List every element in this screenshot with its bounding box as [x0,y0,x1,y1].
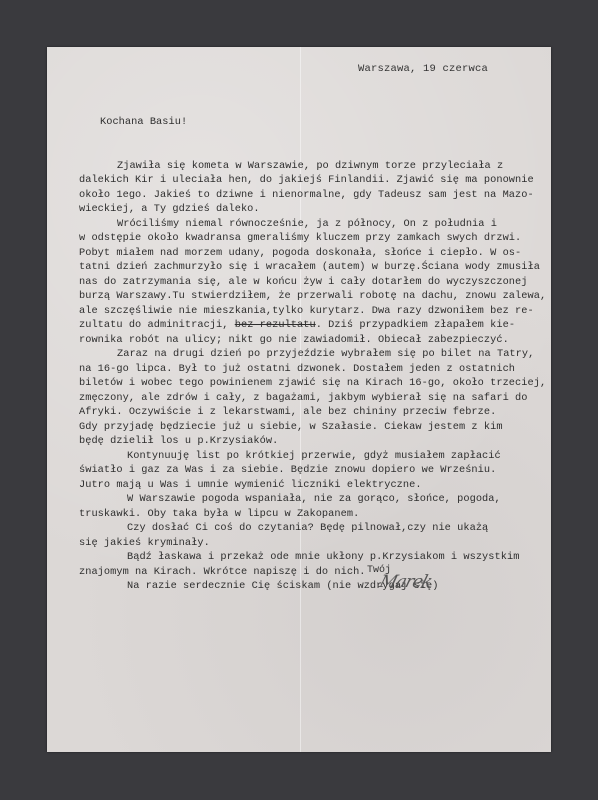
letter-line: znajomym na Kirach. Wkrótce napiszę i do… [79,565,549,580]
letter-line: Wróciliśmy niemal równocześnie, ja z pół… [79,217,549,232]
letter-line: Zaraz na drugi dzień po przyjeździe wybr… [79,347,549,362]
letter-line: Czy dosłać Ci coś do czytania? Będę piln… [79,521,549,536]
letter-line: około 1ego. Jakieś to dziwne i nienormal… [79,188,549,203]
place-date: Warszawa, 19 czerwca [358,63,488,75]
letter-line: burzą Warszawy.Tu stwierdziłem, że przer… [79,289,549,304]
letter-line: będę dzielił los u p.Krzysiaków. [79,434,549,449]
letter-line: wieckiej, a Ty gdzieś daleko. [79,202,549,217]
letter-line: W Warszawie pogoda wspaniała, nie za gor… [79,492,549,507]
letter-line: biletów i wobec tego powinienem zjawić s… [79,376,549,391]
letter-body: Kochana Basiu! Zjawiła się kometa w Wars… [79,86,549,608]
letter-line: Bądź łaskawa i przekaż ode mnie ukłony p… [79,550,549,565]
letter-line: dalekich Kir i uleciała hen, do jakiejś … [79,173,549,188]
letter-line: w odstępie około kwadransa gmeraliśmy kl… [79,231,549,246]
letter-line: Kontynuuję list po krótkiej przerwie, gd… [79,449,549,464]
letter-line: zultatu do adminitracji, bez rezultatu. … [79,318,549,333]
letter-line: Afryki. Oczywiście i z lekarstwami, ale … [79,405,549,420]
letter-line: truskawki. Oby taka była w lipcu w Zakop… [79,507,549,522]
letter-line: ale szczęśliwie nie mieszkania,tylko kur… [79,304,549,319]
signature: Marek [377,572,433,592]
salutation: Kochana Basiu! [79,115,549,130]
letter-line: Na razie serdecznie Cię ściskam (nie wzd… [79,579,549,594]
letter-line: nas do zatrzymania się, ale w końcu żyw … [79,275,549,290]
letter-line: tatni dzień zachmurzyło się i wracałem (… [79,260,549,275]
letter-line: światło i gaz za Was i za siebie. Będzie… [79,463,549,478]
letter-line: na 16-go lipca. Był to już ostatni dzwon… [79,362,549,377]
letter-line: Pobyt miałem nad morzem udany, pogoda do… [79,246,549,261]
letter-line: się jakieś kryminały. [79,536,549,551]
letter-line: Jutro mają u Was i umnie wymienić liczni… [79,478,549,493]
paragraphs: Zjawiła się kometa w Warszawie, po dziwn… [79,159,549,594]
letter-line: zmęczony, ale zdrów i cały, z bagażami, … [79,391,549,406]
letter-line: Gdy przyjadę będziecie już u siebie, w S… [79,420,549,435]
letter-line: rownika robót na ulicy; nikt go nie zawi… [79,333,549,348]
struck-text: bez rezultatu [235,319,316,331]
letter-line: Zjawiła się kometa w Warszawie, po dziwn… [79,159,549,174]
